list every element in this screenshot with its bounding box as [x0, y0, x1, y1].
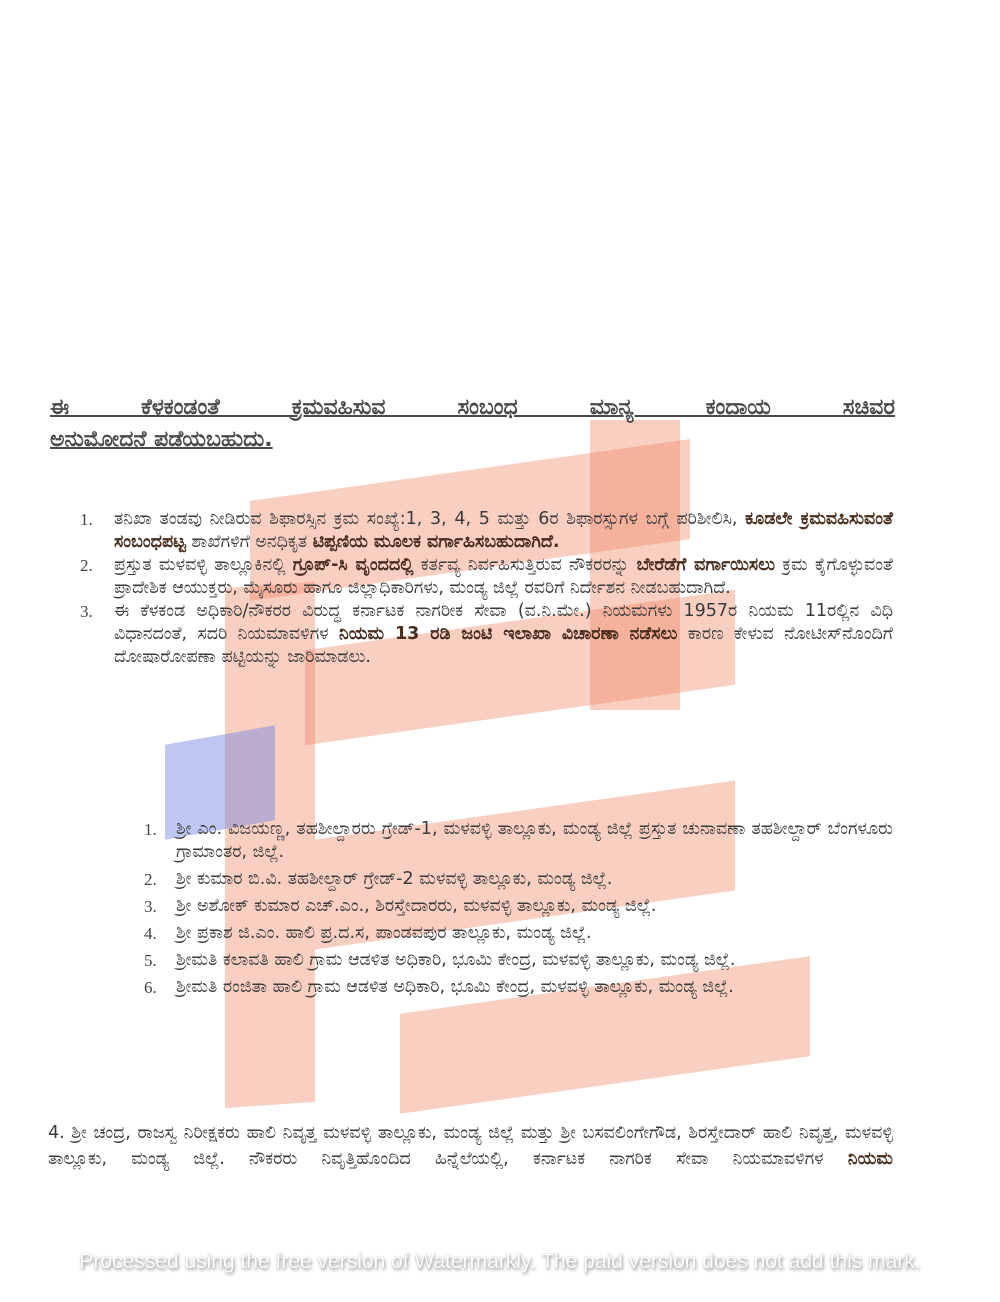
heading-line-2: ಅನುಮೋದನೆ ಪಡೆಯಬಹುದು.	[50, 427, 273, 452]
official-text: ಶ್ರೀ ಪ್ರಕಾಶ ಜಿ.ಎಂ. ಹಾಲಿ ಪ್ರ.ದ.ಸ, ಪಾಂಡವಪು…	[176, 923, 592, 943]
item-number: 3.	[144, 895, 157, 918]
item-number: 3.	[80, 600, 93, 623]
heading-line-1: ಈ ಕೆಳಕಂಡಂತೆ ಕ್ರಮವಹಿಸುವ ಸಂಬಂಧ ಮಾನ್ಯ ಕಂದಾಯ…	[50, 392, 895, 424]
section-heading: ಈ ಕೆಳಕಂಡಂತೆ ಕ್ರಮವಹಿಸುವ ಸಂಬಂಧ ಮಾನ್ಯ ಕಂದಾಯ…	[50, 392, 895, 456]
paragraph-4-text: 4. ಶ್ರೀ ಚಂದ್ರ, ರಾಜಸ್ವ ನಿರೀಕ್ಷಕರು ಹಾಲಿ ನಿ…	[48, 1123, 893, 1169]
paragraph-4-bold: ನಿಯಮ	[848, 1149, 893, 1169]
body-text: ಶಾಖೆಗಳಿಗೆ ಅನಧಿಕೃತ	[186, 532, 313, 552]
body-text: ತನಿಖಾ ತಂಡವು ನೀಡಿರುವ ಶಿಫಾರಸ್ಸಿನ ಕ್ರಮ ಸಂಖ್…	[114, 509, 745, 529]
officials-list: 1.ಶ್ರೀ ಎಂ. ವಿಜಯಣ್ಣ, ತಹಶೀಲ್ದಾರರು ಗ್ರೇಡ್-1…	[130, 818, 893, 1003]
item-number: 5.	[144, 949, 157, 972]
item-number: 6.	[144, 976, 157, 999]
item-number: 2.	[80, 554, 93, 577]
body-text: ಪ್ರಸ್ತುತ ಮಳವಳ್ಳಿ ತಾಲ್ಲೂಕಿನಲ್ಲಿ	[114, 555, 293, 575]
paragraph-4: 4. ಶ್ರೀ ಚಂದ್ರ, ರಾಜಸ್ವ ನಿರೀಕ್ಷಕರು ಹಾಲಿ ನಿ…	[48, 1120, 893, 1172]
official-item: 6.ಶ್ರೀಮತಿ ರಂಜಿತಾ ಹಾಲಿ ಗ್ರಾಮ ಆಡಳಿತ ಅಧಿಕಾರ…	[130, 976, 893, 999]
item-number: 1.	[80, 508, 93, 531]
recommendation-list: 1.ತನಿಖಾ ತಂಡವು ನೀಡಿರುವ ಶಿಫಾರಸ್ಸಿನ ಕ್ರಮ ಸಂ…	[68, 508, 893, 669]
official-item: 2.ಶ್ರೀ ಕುಮಾರ ಬಿ.ವಿ. ತಹಶೀಲ್ದಾರ್ ಗ್ರೇಡ್-2 …	[130, 868, 893, 891]
official-text: ಶ್ರೀ ಎಂ. ವಿಜಯಣ್ಣ, ತಹಶೀಲ್ದಾರರು ಗ್ರೇಡ್-1, …	[176, 819, 893, 862]
watermarkly-notice: Processed using the free version of Wate…	[0, 1250, 1000, 1274]
recommendation-item: 2.ಪ್ರಸ್ತುತ ಮಳವಳ್ಳಿ ತಾಲ್ಲೂಕಿನಲ್ಲಿ ಗ್ರೂಪ್-…	[68, 554, 893, 600]
body-text: ಕರ್ತವ್ಯ ನಿರ್ವಹಿಸುತ್ತಿರುವ ನೌಕರರನ್ನು	[413, 555, 636, 575]
official-item: 3.ಶ್ರೀ ಅಶೋಕ್ ಕುಮಾರ ಎಚ್.ಎಂ., ಶಿರಸ್ತೇದಾರರು…	[130, 895, 893, 918]
emphasis-text: ನಿಯಮ 13 ರಡಿ ಜಂಟಿ ಇಲಾಖಾ ವಿಚಾರಣಾ ನಡೆಸಲು	[339, 624, 677, 644]
emphasis-text: ಬೇರೆಡೆಗೆ ವರ್ಗಾಯಿಸಲು	[637, 555, 775, 575]
emphasis-text: ಟಿಪ್ಪಣಿಯ ಮೂಲಕ ವರ್ಗಾಹಿಸಬಹುದಾಗಿದೆ.	[313, 532, 560, 552]
official-text: ಶ್ರೀ ಅಶೋಕ್ ಕುಮಾರ ಎಚ್.ಎಂ., ಶಿರಸ್ತೇದಾರರು, …	[176, 896, 656, 916]
emphasis-text: ಗ್ರೂಪ್-ಸಿ ವೃಂದದಲ್ಲಿ	[293, 555, 414, 575]
official-text: ಶ್ರೀ ಕುಮಾರ ಬಿ.ವಿ. ತಹಶೀಲ್ದಾರ್ ಗ್ರೇಡ್-2 ಮಳ…	[176, 869, 612, 889]
item-number: 4.	[144, 922, 157, 945]
official-text: ಶ್ರೀಮತಿ ಕಲಾವತಿ ಹಾಲಿ ಗ್ರಾಮ ಆಡಳಿತ ಅಧಿಕಾರಿ,…	[176, 950, 735, 970]
recommendation-item: 1.ತನಿಖಾ ತಂಡವು ನೀಡಿರುವ ಶಿಫಾರಸ್ಸಿನ ಕ್ರಮ ಸಂ…	[68, 508, 893, 554]
official-text: ಶ್ರೀಮತಿ ರಂಜಿತಾ ಹಾಲಿ ಗ್ರಾಮ ಆಡಳಿತ ಅಧಿಕಾರಿ,…	[176, 977, 734, 997]
item-number: 2.	[144, 868, 157, 891]
official-item: 1.ಶ್ರೀ ಎಂ. ವಿಜಯಣ್ಣ, ತಹಶೀಲ್ದಾರರು ಗ್ರೇಡ್-1…	[130, 818, 893, 864]
official-item: 5.ಶ್ರೀಮತಿ ಕಲಾವತಿ ಹಾಲಿ ಗ್ರಾಮ ಆಡಳಿತ ಅಧಿಕಾರ…	[130, 949, 893, 972]
item-number: 1.	[144, 818, 157, 841]
recommendation-item: 3.ಈ ಕೆಳಕಂಡ ಅಧಿಕಾರಿ/ನೌಕರರ ವಿರುದ್ಧ ಕರ್ನಾಟಕ…	[68, 600, 893, 669]
official-item: 4.ಶ್ರೀ ಪ್ರಕಾಶ ಜಿ.ಎಂ. ಹಾಲಿ ಪ್ರ.ದ.ಸ, ಪಾಂಡವ…	[130, 922, 893, 945]
